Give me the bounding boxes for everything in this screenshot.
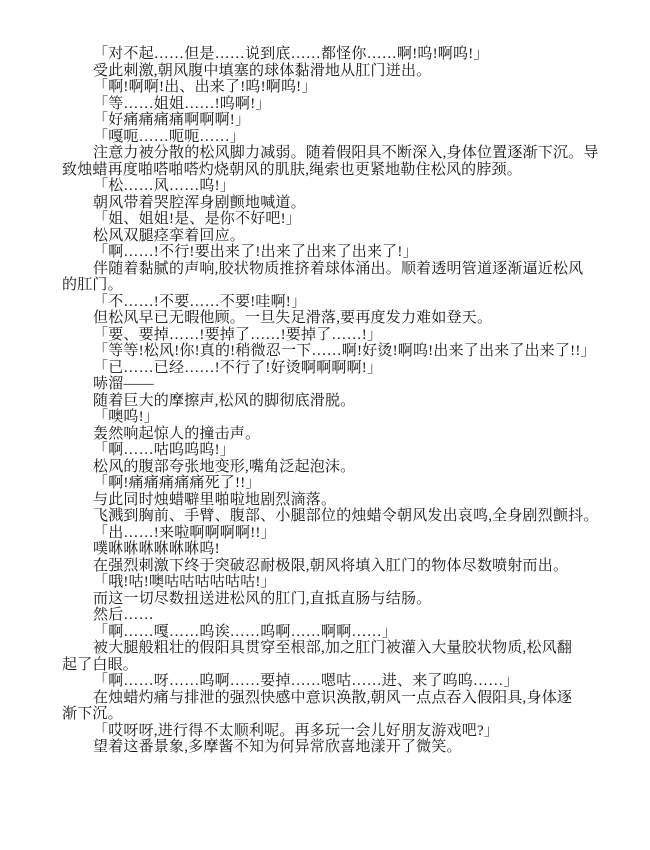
text-line: 「已……已经……!不行了!好烫啊啊啊啊!」	[62, 360, 640, 377]
text-line: 在强烈刺激下终于突破忍耐极限,朝风将填入肛门的物体尽数喷射而出。	[62, 558, 640, 575]
text-line: 「不……!不要……不要!哇啊!」	[62, 294, 640, 311]
document-page: 「对不起……但是……说到底……都怪你……啊!呜!啊呜!」受此刺激,朝风腹中填塞的…	[0, 0, 650, 850]
text-line: 「啊……!不行!要出来了!出来了出来了出来了!」	[62, 244, 640, 261]
text-line: 起了白眼。	[62, 657, 640, 674]
text-line: 「嘎呃……呃呃……」	[62, 129, 640, 146]
text-line: 噗咻咻咻咻咻咻呜!	[62, 541, 640, 558]
text-line: 的肛门。	[62, 277, 640, 294]
text-line: 「啊……嘎……呜诶……呜啊……啊啊……」	[62, 624, 640, 641]
text-line: 「噢呜!」	[62, 409, 640, 426]
text-line: 受此刺激,朝风腹中填塞的球体黏滑地从肛门迸出。	[62, 63, 640, 80]
text-line: 被大腿般粗壮的假阳具贯穿至根部,加之肛门被灌入大量胶状物质,松风翻	[62, 640, 640, 657]
text-line: 随着巨大的摩擦声,松风的脚彻底滑脱。	[62, 393, 640, 410]
text-line: 「等等!松风!你!真的!稍微忍一下……啊!好烫!啊呜!出来了出来了出来了!!」	[62, 343, 640, 360]
text-line: 然后……	[62, 607, 640, 624]
text-line: 松风的腹部夸张地变形,嘴角泛起泡沫。	[62, 459, 640, 476]
text-line: 「哎呀呀,进行得不太顺利呢。再多玩一会儿好朋友游戏吧?」	[62, 723, 640, 740]
text-line: 「松……风……呜!」	[62, 178, 640, 195]
text-line: 「啊……呀……呜啊……要掉……嗯咕……进、来了呜呜……」	[62, 673, 640, 690]
text-line: 注意力被分散的松风脚力减弱。随着假阳具不断深入,身体位置逐渐下沉。导	[62, 145, 640, 162]
text-line: 哧溜——	[62, 376, 640, 393]
text-line: 「啊!啊啊!出、出来了!呜!啊呜!」	[62, 79, 640, 96]
text-line: 在烛蜡灼痛与排泄的强烈快感中意识涣散,朝风一点点吞入假阳具,身体逐	[62, 690, 640, 707]
text-line: 「啊……咕呜呜呜!」	[62, 442, 640, 459]
text-line: 「对不起……但是……说到底……都怪你……啊!呜!啊呜!」	[62, 46, 640, 63]
text-line: 望着这番景象,多摩酱不知为何异常欣喜地漾开了微笑。	[62, 739, 640, 756]
text-line: 伴随着黏腻的声响,胶状物质推挤着球体涌出。顺着透明管道逐渐逼近松风	[62, 261, 640, 278]
text-line: 「啊!痛痛痛痛痛死了!!」	[62, 475, 640, 492]
text-line: 而这一切尽数扭送进松风的肛门,直抵直肠与结肠。	[62, 591, 640, 608]
text-line: 轰然响起惊人的撞击声。	[62, 426, 640, 443]
text-line: 松风双腿痉挛着回应。	[62, 228, 640, 245]
text-line: 「姐、姐姐!是、是你不好吧!」	[62, 211, 640, 228]
text-line: 「出……!来啦啊啊啊啊!!」	[62, 525, 640, 542]
text-line: 「哦!咕!噢咕咕咕咕咕咕!」	[62, 574, 640, 591]
page-text: 「对不起……但是……说到底……都怪你……啊!呜!啊呜!」受此刺激,朝风腹中填塞的…	[62, 46, 640, 756]
text-line: 致烛蜡再度啪嗒啪嗒灼烧朝风的肌肤,绳索也更紧地勒住松风的脖颈。	[62, 162, 640, 179]
text-line: 与此同时烛蜡噼里啪啦地剧烈滴落。	[62, 492, 640, 509]
text-line: 渐下沉。	[62, 706, 640, 723]
text-line: 朝风带着哭腔浑身剧颤地喊道。	[62, 195, 640, 212]
text-line: 「要、要掉……!要掉了……!要掉了……!」	[62, 327, 640, 344]
text-line: 但松风早已无暇他顾。一旦失足滑落,要再度发力难如登天。	[62, 310, 640, 327]
text-line: 「好痛痛痛痛啊啊啊!」	[62, 112, 640, 129]
text-line: 「等……姐姐……!呜啊!」	[62, 96, 640, 113]
text-line: 飞溅到胸前、手臂、腹部、小腿部位的烛蜡令朝风发出哀鸣,全身剧烈颤抖。	[62, 508, 640, 525]
